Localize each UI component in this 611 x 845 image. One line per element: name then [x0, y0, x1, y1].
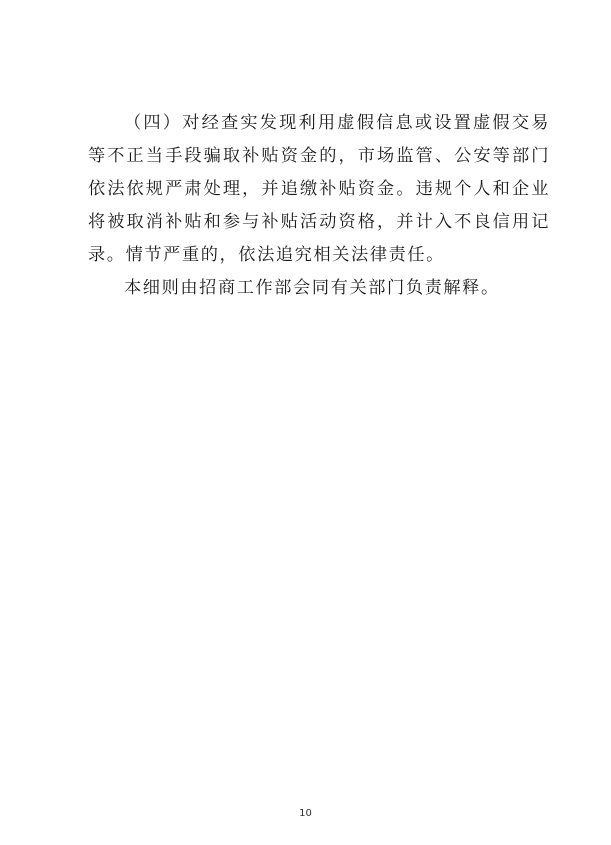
document-body: （四）对经查实发现利用虚假信息或设置虚假交易等不正当手段骗取补贴资金的，市场监管… — [88, 107, 550, 305]
document-page: （四）对经查实发现利用虚假信息或设置虚假交易等不正当手段骗取补贴资金的，市场监管… — [0, 0, 611, 845]
paragraph-penalty-clause: （四）对经查实发现利用虚假信息或设置虚假交易等不正当手段骗取补贴资金的，市场监管… — [88, 107, 550, 272]
paragraph-interpretation-clause: 本细则由招商工作部会同有关部门负责解释。 — [88, 272, 550, 305]
page-number: 10 — [0, 808, 611, 819]
